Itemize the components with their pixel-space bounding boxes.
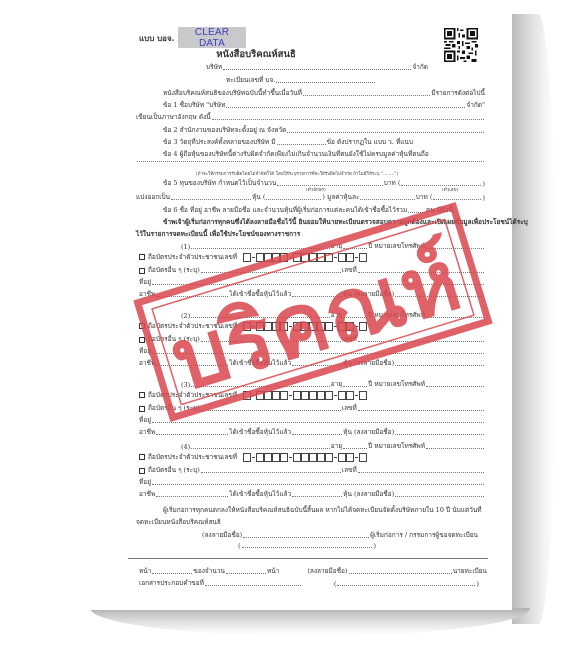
registration-label: ทะเบียนเลขที่ บจ.	[226, 75, 275, 85]
share-value-label: ) มูลค่าหุ้นละ	[322, 192, 359, 202]
company-label: บริษัท	[206, 62, 222, 72]
clause-3-label: ข้อ 3 วัตถุที่ประสงค์ทั้งหลายของบริษัท ม…	[163, 137, 276, 147]
id-digit-box[interactable]	[301, 453, 309, 462]
id-digit-box[interactable]	[317, 253, 325, 262]
address-label: ที่อยู่	[139, 346, 151, 356]
clause-2-line: ข้อ 2 สำนักงานของบริษัทจะตั้งอยู่ ณ จังห…	[163, 125, 485, 135]
id-digit-box[interactable]	[272, 453, 280, 462]
id-digit-box[interactable]	[293, 453, 301, 462]
id-digit-box[interactable]	[325, 391, 333, 400]
age-label: อายุ	[331, 379, 342, 389]
subscribed-shares-field[interactable]	[292, 433, 342, 435]
id-separator	[355, 257, 358, 258]
clause-1-label: ข้อ 1 ชื่อบริษัท "บริษัท	[163, 100, 225, 110]
id-digit-box[interactable]	[243, 322, 251, 331]
capital-field[interactable]	[277, 184, 382, 186]
registrar-sign-label: (ลงลายมือชื่อ)	[307, 566, 347, 576]
shares-label: แบ่งออกเป็น	[136, 192, 170, 202]
promoter-signature-field[interactable]	[243, 536, 369, 538]
signature-field[interactable]	[395, 295, 484, 297]
other-card-checkbox[interactable]	[139, 337, 145, 343]
id-digit-box[interactable]	[317, 453, 325, 462]
promoter-count-field[interactable]	[408, 211, 425, 213]
intro-line: หนังสือบริคณห์สนธิของบริษัทฉบับนี้ทำขึ้น…	[163, 88, 485, 98]
age-field[interactable]	[343, 447, 367, 449]
clause-4-field-line	[136, 160, 485, 164]
attachment-field[interactable]	[205, 584, 301, 586]
page-curl-shadow-right	[512, 14, 556, 624]
age-label: อายุ	[331, 241, 342, 251]
promoter-name-line: ( )	[238, 542, 376, 550]
card-number-label: เลขที่	[342, 334, 357, 344]
id-digit-box[interactable]	[346, 322, 354, 331]
id-number-boxes[interactable]	[243, 253, 367, 262]
id-digit-box[interactable]	[272, 322, 280, 331]
shares-count-field[interactable]	[171, 198, 251, 200]
clause-1-line: ข้อ 1 ชื่อบริษัท "บริษัท จำกัด"	[163, 100, 485, 110]
id-separator	[355, 395, 358, 396]
other-card-row: ถือบัตรอื่น ๆ (ระบุ)เลขที่	[139, 334, 485, 344]
province-field[interactable]	[287, 131, 484, 133]
signature-label: (ลงลายมือชื่อ)	[202, 530, 242, 540]
signature-role: ผู้เริ่มก่อการ / กรรมการผู้ขอจดทะเบียน	[370, 530, 478, 540]
id-digit-box[interactable]	[359, 253, 367, 262]
id-card-row: ถือบัตรประจำตัวประชาชนเลขที่	[139, 390, 367, 400]
card-number-label: เลขที่	[342, 403, 357, 413]
clause-6-line: ข้อ 6 ชื่อ ที่อยู่ อาชีพ ลายมือชื่อ และจ…	[163, 205, 453, 215]
promoter-number: (4)	[181, 443, 190, 451]
clause-1-english-line: เขียนเป็นภาษาอังกฤษ ดังนี้	[136, 112, 485, 122]
id-digit-box[interactable]	[256, 391, 264, 400]
id-separator	[252, 326, 255, 327]
card-number-field[interactable]	[358, 471, 484, 473]
subscribed-label: ได้เข้าชื่อซื้อหุ้นไว้แล้ว	[229, 289, 291, 299]
id-card-checkbox[interactable]	[139, 454, 145, 460]
id-digit-box[interactable]	[301, 391, 309, 400]
id-card-row: ถือบัตรประจำตัวประชาชนเลขที่	[139, 321, 367, 331]
occupation-field[interactable]	[156, 295, 228, 297]
id-card-checkbox[interactable]	[139, 254, 145, 260]
signature-field[interactable]	[395, 364, 484, 366]
id-digit-box[interactable]	[264, 453, 272, 462]
subscribed-label: ได้เข้าชื่อซื้อหุ้นไว้แล้ว	[229, 489, 291, 499]
id-card-label: ถือบัตรประจำตัวประชาชนเลขที่	[148, 390, 237, 400]
clause-4-line: ข้อ 4 ผู้ถือหุ้นของบริษัทนี้ต่างรับผิดจำ…	[163, 149, 485, 159]
id-separator	[334, 257, 337, 258]
date-field[interactable]	[303, 94, 430, 96]
registration-line: ทะเบียนเลขที่ บจ.	[226, 75, 376, 85]
id-card-label: ถือบัตรประจำตัวประชาชนเลขที่	[148, 252, 237, 262]
id-digit-box[interactable]	[317, 322, 325, 331]
promoter-header-line: (1)อายุปี หมายเลขโทรศัพท์	[181, 241, 485, 251]
age-field[interactable]	[343, 385, 367, 387]
id-card-label: ถือบัตรประจำตัวประชาชนเลขที่	[148, 452, 237, 462]
subscribed-label: ได้เข้าชื่อซื้อหุ้นไว้แล้ว	[229, 427, 291, 437]
registrar-signature-field[interactable]	[349, 572, 452, 574]
clause-1-field[interactable]	[226, 106, 465, 108]
share-value-words-field[interactable]	[433, 198, 481, 200]
phone-field[interactable]	[426, 316, 484, 318]
shares-line: แบ่งออกเป็น หุ้น ( ) มูลค่าหุ้นละ บาท ( …	[136, 192, 485, 202]
phone-label: ปี หมายเลขโทรศัพท์	[368, 441, 425, 451]
promoter-number: (1)	[181, 243, 190, 251]
page-number-field[interactable]	[152, 572, 192, 574]
signature-field[interactable]	[395, 433, 484, 435]
id-digit-box[interactable]	[309, 391, 317, 400]
company-name-field[interactable]	[223, 68, 411, 70]
id-digit-box[interactable]	[280, 391, 288, 400]
occupation-row: อาชีพได้เข้าชื่อซื้อหุ้นไว้แล้วหุ้น (ลงล…	[139, 289, 485, 299]
occupation-label: อาชีพ	[139, 427, 155, 437]
id-digit-box[interactable]	[338, 453, 346, 462]
company-suffix: จำกัด	[412, 62, 428, 72]
card-number-label: เลขที่	[342, 265, 357, 275]
address-label: ที่อยู่	[139, 277, 151, 287]
registrar-paren-open: (	[334, 580, 337, 588]
id-digit-box[interactable]	[325, 322, 333, 331]
id-digit-box[interactable]	[325, 253, 333, 262]
promoter-name-field[interactable]	[191, 385, 330, 387]
phone-field[interactable]	[426, 247, 484, 249]
registrar-role: นายทะเบียน	[453, 566, 487, 576]
id-digit-box[interactable]	[338, 391, 346, 400]
other-card-type-field[interactable]	[201, 340, 341, 342]
total-pages-field[interactable]	[226, 572, 266, 574]
other-card-label: ถือบัตรอื่น ๆ (ระบุ)	[148, 334, 200, 344]
attachment-label: เอกสารประกอบคำขอที่	[139, 578, 204, 588]
subscribed-label: ได้เข้าชื่อซื้อหุ้นไว้แล้ว	[229, 358, 291, 368]
occupation-label: อาชีพ	[139, 489, 155, 499]
registration-field[interactable]	[276, 81, 375, 83]
capital-close: )	[482, 180, 485, 188]
id-separator	[334, 326, 337, 327]
other-card-label: ถือบัตรอื่น ๆ (ระบุ)	[148, 403, 200, 413]
other-card-row: ถือบัตรอื่น ๆ (ระบุ)เลขที่	[139, 265, 485, 275]
share-value-field[interactable]	[360, 198, 414, 200]
page-curl-shadow-bottom	[90, 608, 530, 636]
promoter-name-field[interactable]	[191, 247, 330, 249]
shares-words-field[interactable]	[266, 198, 321, 200]
promoter-signature-line: (ลงลายมือชื่อ) ผู้เริ่มก่อการ / กรรมการผ…	[202, 530, 478, 540]
shares-sign-label: หุ้น (ลงลายมือชื่อ)	[343, 358, 394, 368]
document-page: แบบ บอจ. 2 CLEAR DATA หนังสือบริคณห์สนธิ…	[0, 0, 512, 610]
id-separator	[334, 457, 337, 458]
address-field[interactable]	[152, 483, 484, 485]
clause-6-label: ข้อ 6 ชื่อ ที่อยู่ อาชีพ ลายมือชื่อ และจ…	[163, 205, 407, 215]
clause-4-label: ข้อ 4 ผู้ถือหุ้นของบริษัทนี้ต่างรับผิดจำ…	[163, 149, 429, 159]
clear-data-button[interactable]: CLEAR DATA	[178, 27, 246, 48]
id-digit-box[interactable]	[346, 453, 354, 462]
card-number-field[interactable]	[358, 340, 484, 342]
id-digit-box[interactable]	[243, 253, 251, 262]
other-card-label: ถือบัตรอื่น ๆ (ระบุ)	[148, 465, 200, 475]
company-name-line: บริษัท จำกัด	[206, 62, 428, 72]
id-digit-box[interactable]	[346, 391, 354, 400]
id-digit-box[interactable]	[325, 453, 333, 462]
id-separator	[289, 326, 292, 327]
occupation-field[interactable]	[156, 495, 228, 497]
id-digit-box[interactable]	[359, 453, 367, 462]
clause-6-suffix: คน มีดังนี้	[426, 205, 453, 215]
address-label: ที่อยู่	[139, 415, 151, 425]
promoter-header-line: (2)อายุปี หมายเลขโทรศัพท์	[181, 310, 485, 320]
id-digit-box[interactable]	[293, 253, 301, 262]
other-card-label: ถือบัตรอื่น ๆ (ระบุ)	[148, 265, 200, 275]
promoter-name-field[interactable]	[242, 546, 373, 548]
form-code: แบบ บอจ. 2	[139, 32, 183, 45]
id-digit-box[interactable]	[293, 322, 301, 331]
subscribed-shares-field[interactable]	[292, 495, 342, 497]
phone-field[interactable]	[426, 385, 484, 387]
occupation-label: อาชีพ	[139, 289, 155, 299]
divider	[128, 558, 488, 559]
id-separator	[289, 395, 292, 396]
id-digit-box[interactable]	[256, 322, 264, 331]
promoter-number: (3)	[181, 381, 190, 389]
address-field[interactable]	[152, 352, 484, 354]
promoter-header-line: (3)อายุปี หมายเลขโทรศัพท์	[181, 379, 485, 389]
clause-3-suffix: ข้อ ดังปรากฏใน แบบ ว. ที่แนบ	[327, 137, 413, 147]
page-label: หน้า	[139, 566, 151, 576]
address-row: ที่อยู่	[139, 346, 485, 356]
objectives-count-field[interactable]	[277, 143, 326, 145]
promoter-name-field[interactable]	[191, 316, 330, 318]
capital-baht: บาท (	[384, 178, 401, 188]
clause-1-english-field[interactable]	[212, 118, 484, 120]
promoter-header-line: (4)อายุปี หมายเลขโทรศัพท์	[181, 441, 485, 451]
clause-1-english-label: เขียนเป็นภาษาอังกฤษ ดังนี้	[136, 112, 211, 122]
address-row: ที่อยู่	[139, 277, 485, 287]
occupation-row: อาชีพได้เข้าชื่อซื้อหุ้นไว้แล้วหุ้น (ลงล…	[139, 427, 485, 437]
other-card-type-field[interactable]	[201, 271, 341, 273]
address-field[interactable]	[152, 283, 484, 285]
address-label: ที่อยู่	[139, 477, 151, 487]
clause-6-paragraph-2: ไว้ในรายการจดทะเบียนนี้ เพื่อใช้ประโยชน์…	[136, 229, 300, 239]
closing-statement-2: จดทะเบียนหนังสือบริคณห์สนธิ	[136, 517, 221, 527]
clause-3-line: ข้อ 3 วัตถุที่ประสงค์ทั้งหลายของบริษัท ม…	[163, 137, 413, 147]
id-digit-box[interactable]	[256, 253, 264, 262]
id-digit-box[interactable]	[301, 253, 309, 262]
intro-suffix: มีรายการดังต่อไปนี้	[431, 88, 485, 98]
id-separator	[355, 326, 358, 327]
age-label: อายุ	[331, 441, 342, 451]
id-card-label: ถือบัตรประจำตัวประชาชนเลขที่	[148, 321, 237, 331]
id-card-row: ถือบัตรประจำตัวประชาชนเลขที่	[139, 452, 367, 462]
promoter-name-field[interactable]	[191, 447, 330, 449]
registrar-line: หน้า ของจำนวน หน้า (ลงลายมือชื่อ) นายทะเ…	[139, 566, 487, 576]
intro-text: หนังสือบริคณห์สนธิของบริษัทฉบับนี้ทำขึ้น…	[163, 88, 302, 98]
clause-5-note: (ถ้าจะให้กรรมการรับผิดโดยไม่จำกัดก็ได้ โ…	[196, 170, 398, 177]
closing-statement: ผู้เริ่มก่อการทุกคนตกลงให้หนังสือบริคณห์…	[163, 505, 482, 515]
address-field[interactable]	[152, 421, 484, 423]
card-number-field[interactable]	[358, 409, 484, 411]
id-digit-box[interactable]	[272, 253, 280, 262]
clause-6-paragraph: ข้าพเจ้าผู้เริ่มก่อการทุกคนซึ่งได้ลงลายม…	[163, 217, 528, 227]
id-number-boxes[interactable]	[243, 391, 367, 400]
id-digit-box[interactable]	[309, 322, 317, 331]
phone-field[interactable]	[426, 447, 484, 449]
id-digit-box[interactable]	[280, 322, 288, 331]
occupation-label: อาชีพ	[139, 358, 155, 368]
phone-label: ปี หมายเลขโทรศัพท์	[368, 310, 425, 320]
shares-unit: หุ้น (	[252, 192, 265, 202]
signature-field[interactable]	[395, 495, 484, 497]
phone-label: ปี หมายเลขโทรศัพท์	[368, 241, 425, 251]
age-field[interactable]	[343, 316, 367, 318]
id-number-boxes[interactable]	[243, 322, 367, 331]
id-separator	[355, 457, 358, 458]
address-row: ที่อยู่	[139, 415, 485, 425]
id-card-checkbox[interactable]	[139, 392, 145, 398]
id-digit-box[interactable]	[280, 453, 288, 462]
card-number-label: เลขที่	[342, 465, 357, 475]
paren-close: )	[373, 542, 376, 550]
attachment-line: เอกสารประกอบคำขอที่ ( )	[139, 578, 479, 588]
shares-sign-label: หุ้น (ลงลายมือชื่อ)	[343, 427, 394, 437]
id-card-checkbox[interactable]	[139, 323, 145, 329]
id-digit-box[interactable]	[280, 253, 288, 262]
subscribed-shares-field[interactable]	[292, 295, 342, 297]
id-digit-box[interactable]	[346, 253, 354, 262]
clause-4-field[interactable]	[137, 160, 484, 162]
other-card-checkbox[interactable]	[139, 406, 145, 412]
other-card-type-field[interactable]	[201, 409, 341, 411]
id-separator	[289, 257, 292, 258]
id-digit-box[interactable]	[256, 453, 264, 462]
clause-1-suffix: จำกัด"	[466, 100, 485, 110]
id-digit-box[interactable]	[317, 391, 325, 400]
id-digit-box[interactable]	[264, 391, 272, 400]
phone-label: ปี หมายเลขโทรศัพท์	[368, 379, 425, 389]
id-digit-box[interactable]	[301, 322, 309, 331]
occupation-row: อาชีพได้เข้าชื่อซื้อหุ้นไว้แล้วหุ้น (ลงล…	[139, 358, 485, 368]
id-digit-box[interactable]	[272, 391, 280, 400]
id-digit-box[interactable]	[359, 322, 367, 331]
id-number-boxes[interactable]	[243, 453, 367, 462]
id-digit-box[interactable]	[338, 322, 346, 331]
share-value-close: )	[482, 194, 485, 202]
id-digit-box[interactable]	[309, 253, 317, 262]
id-digit-box[interactable]	[309, 453, 317, 462]
id-digit-box[interactable]	[264, 322, 272, 331]
registrar-paren-close: )	[476, 580, 479, 588]
other-card-row: ถือบัตรอื่น ๆ (ระบุ)เลขที่	[139, 403, 485, 413]
id-digit-box[interactable]	[264, 253, 272, 262]
occupation-field[interactable]	[156, 364, 228, 366]
id-digit-box[interactable]	[243, 391, 251, 400]
id-digit-box[interactable]	[243, 453, 251, 462]
age-label: อายุ	[331, 310, 342, 320]
id-separator	[252, 457, 255, 458]
promoter-number: (2)	[181, 312, 190, 320]
id-card-row: ถือบัตรประจำตัวประชาชนเลขที่	[139, 252, 367, 262]
of-total-label: ของจำนวน	[193, 566, 225, 576]
pages-label: หน้า	[267, 566, 279, 576]
occupation-field[interactable]	[156, 433, 228, 435]
clause-2-label: ข้อ 2 สำนักงานของบริษัทจะตั้งอยู่ ณ จังห…	[163, 125, 286, 135]
id-separator	[252, 395, 255, 396]
id-digit-box[interactable]	[359, 391, 367, 400]
other-card-checkbox[interactable]	[139, 268, 145, 274]
other-card-checkbox[interactable]	[139, 468, 145, 474]
id-digit-box[interactable]	[338, 253, 346, 262]
clause-5-label: ข้อ 5 ทุนของบริษัท กำหนดไว้เป็นจำนวน	[163, 178, 276, 188]
page-title: หนังสือบริคณห์สนธิ	[0, 47, 512, 62]
age-field[interactable]	[343, 247, 367, 249]
subscribed-shares-field[interactable]	[292, 364, 342, 366]
id-separator	[334, 395, 337, 396]
id-separator	[289, 457, 292, 458]
shares-sign-label: หุ้น (ลงลายมือชื่อ)	[343, 489, 394, 499]
id-digit-box[interactable]	[293, 391, 301, 400]
address-row: ที่อยู่	[139, 477, 485, 487]
occupation-row: อาชีพได้เข้าชื่อซื้อหุ้นไว้แล้วหุ้น (ลงล…	[139, 489, 485, 499]
share-value-baht: บาท (	[416, 192, 433, 202]
other-card-row: ถือบัตรอื่น ๆ (ระบุ)เลขที่	[139, 465, 485, 475]
registrar-name-field[interactable]	[337, 584, 475, 586]
shares-sign-label: หุ้น (ลงลายมือชื่อ)	[343, 289, 394, 299]
id-separator	[252, 257, 255, 258]
other-card-type-field[interactable]	[201, 471, 341, 473]
paren-open: (	[238, 542, 241, 550]
card-number-field[interactable]	[358, 271, 484, 273]
